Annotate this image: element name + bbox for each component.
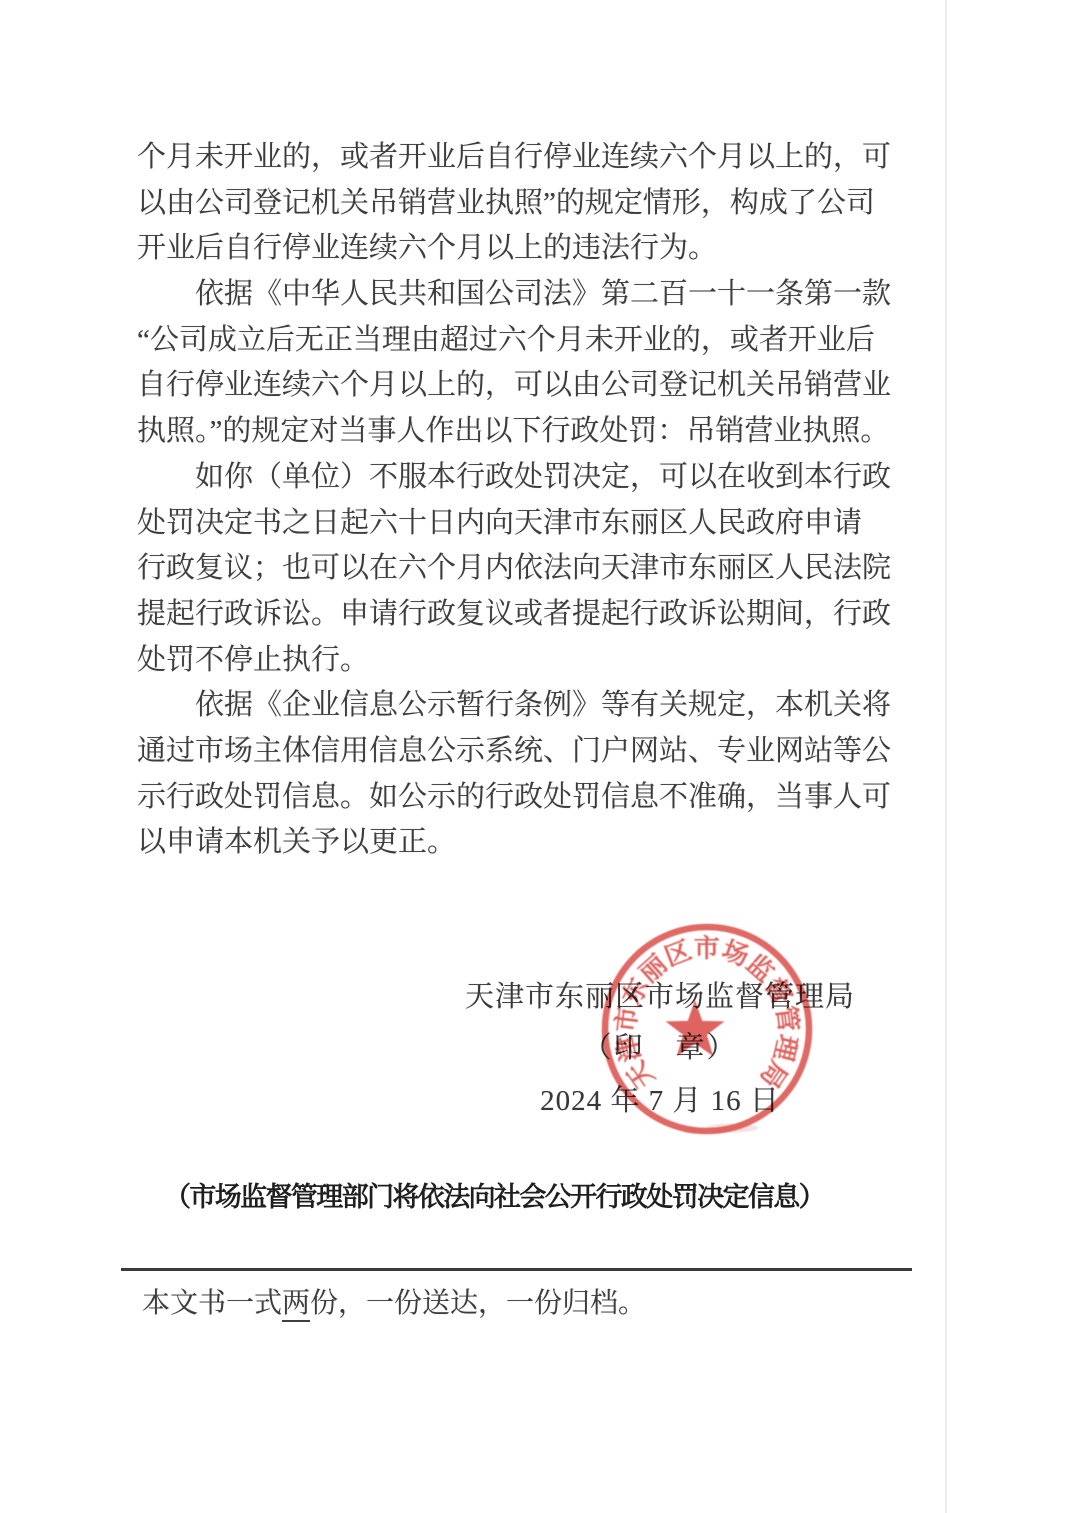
official-red-seal: 天津市东丽区市场监督管理局 xyxy=(597,919,817,1139)
body-line: “公司成立后无正当理由超过六个月未开业的，或者开业后 xyxy=(137,318,903,364)
body-line: 提起行政诉讼。申请行政复议或者提起行政诉讼期间，行政 xyxy=(137,592,903,638)
body-line: 如你（单位）不服本行政处罚决定，可以在收到本行政 xyxy=(137,455,903,501)
scan-artifact-line xyxy=(945,0,947,1513)
body-line: 处罚决定书之日起六十日内向天津市东丽区人民政府申请 xyxy=(137,501,903,547)
seal-ink-smudge xyxy=(683,1128,703,1134)
body-line: 行政复议；也可以在六个月内依法向天津市东丽区人民法院 xyxy=(137,546,903,592)
footer-note-underlined: 两 xyxy=(282,1288,310,1322)
seal-ink-smudge xyxy=(706,1124,758,1133)
body-line: 个月未开业的，或者开业后自行停业连续六个月以上的，可 xyxy=(137,135,903,181)
body-line: 通过市场主体信用信息公示系统、门户网站、专业网站等公 xyxy=(137,729,903,775)
body-line: 依据《中华人民共和国公司法》第二百一十一条第一款 xyxy=(137,272,903,318)
seal-ring-text: 天津市东丽区市场监督管理局 xyxy=(611,934,804,1094)
document-body: 个月未开业的，或者开业后自行停业连续六个月以上的，可 以由公司登记机关吊销营业执… xyxy=(137,135,903,866)
seal-star-icon xyxy=(666,1000,725,1056)
body-line: 执照。”的规定对当事人作出以下行政处罚：吊销营业执照。 xyxy=(137,409,903,455)
body-line: 处罚不停止执行。 xyxy=(137,638,903,684)
body-line: 开业后自行停业连续六个月以上的违法行为。 xyxy=(137,226,903,272)
footer-note-prefix: 本文书一式 xyxy=(142,1288,282,1319)
body-line: 依据《企业信息公示暂行条例》等有关规定，本机关将 xyxy=(137,683,903,729)
seal-ring-text-holder: 天津市东丽区市场监督管理局 xyxy=(611,934,804,1094)
body-line: 示行政处罚信息。如公示的行政处罚信息不准确，当事人可 xyxy=(137,775,903,821)
body-line: 以由公司登记机关吊销营业执照”的规定情形，构成了公司 xyxy=(137,181,903,227)
body-line: 以申请本机关予以更正。 xyxy=(137,820,903,866)
public-notice-line: （市场监督管理部门将依法向社会公开行政处罚决定信息） xyxy=(164,1178,824,1216)
scanned-document-page: 个月未开业的，或者开业后自行停业连续六个月以上的，可 以由公司登记机关吊销营业执… xyxy=(0,0,1073,1513)
footer-note: 本文书一式两份，一份送达，一份归档。 xyxy=(142,1285,646,1323)
footer-note-suffix: 份，一份送达，一份归档。 xyxy=(310,1288,646,1319)
footer-rule xyxy=(121,1268,912,1271)
body-line: 自行停业连续六个月以上的，可以由公司登记机关吊销营业 xyxy=(137,363,903,409)
